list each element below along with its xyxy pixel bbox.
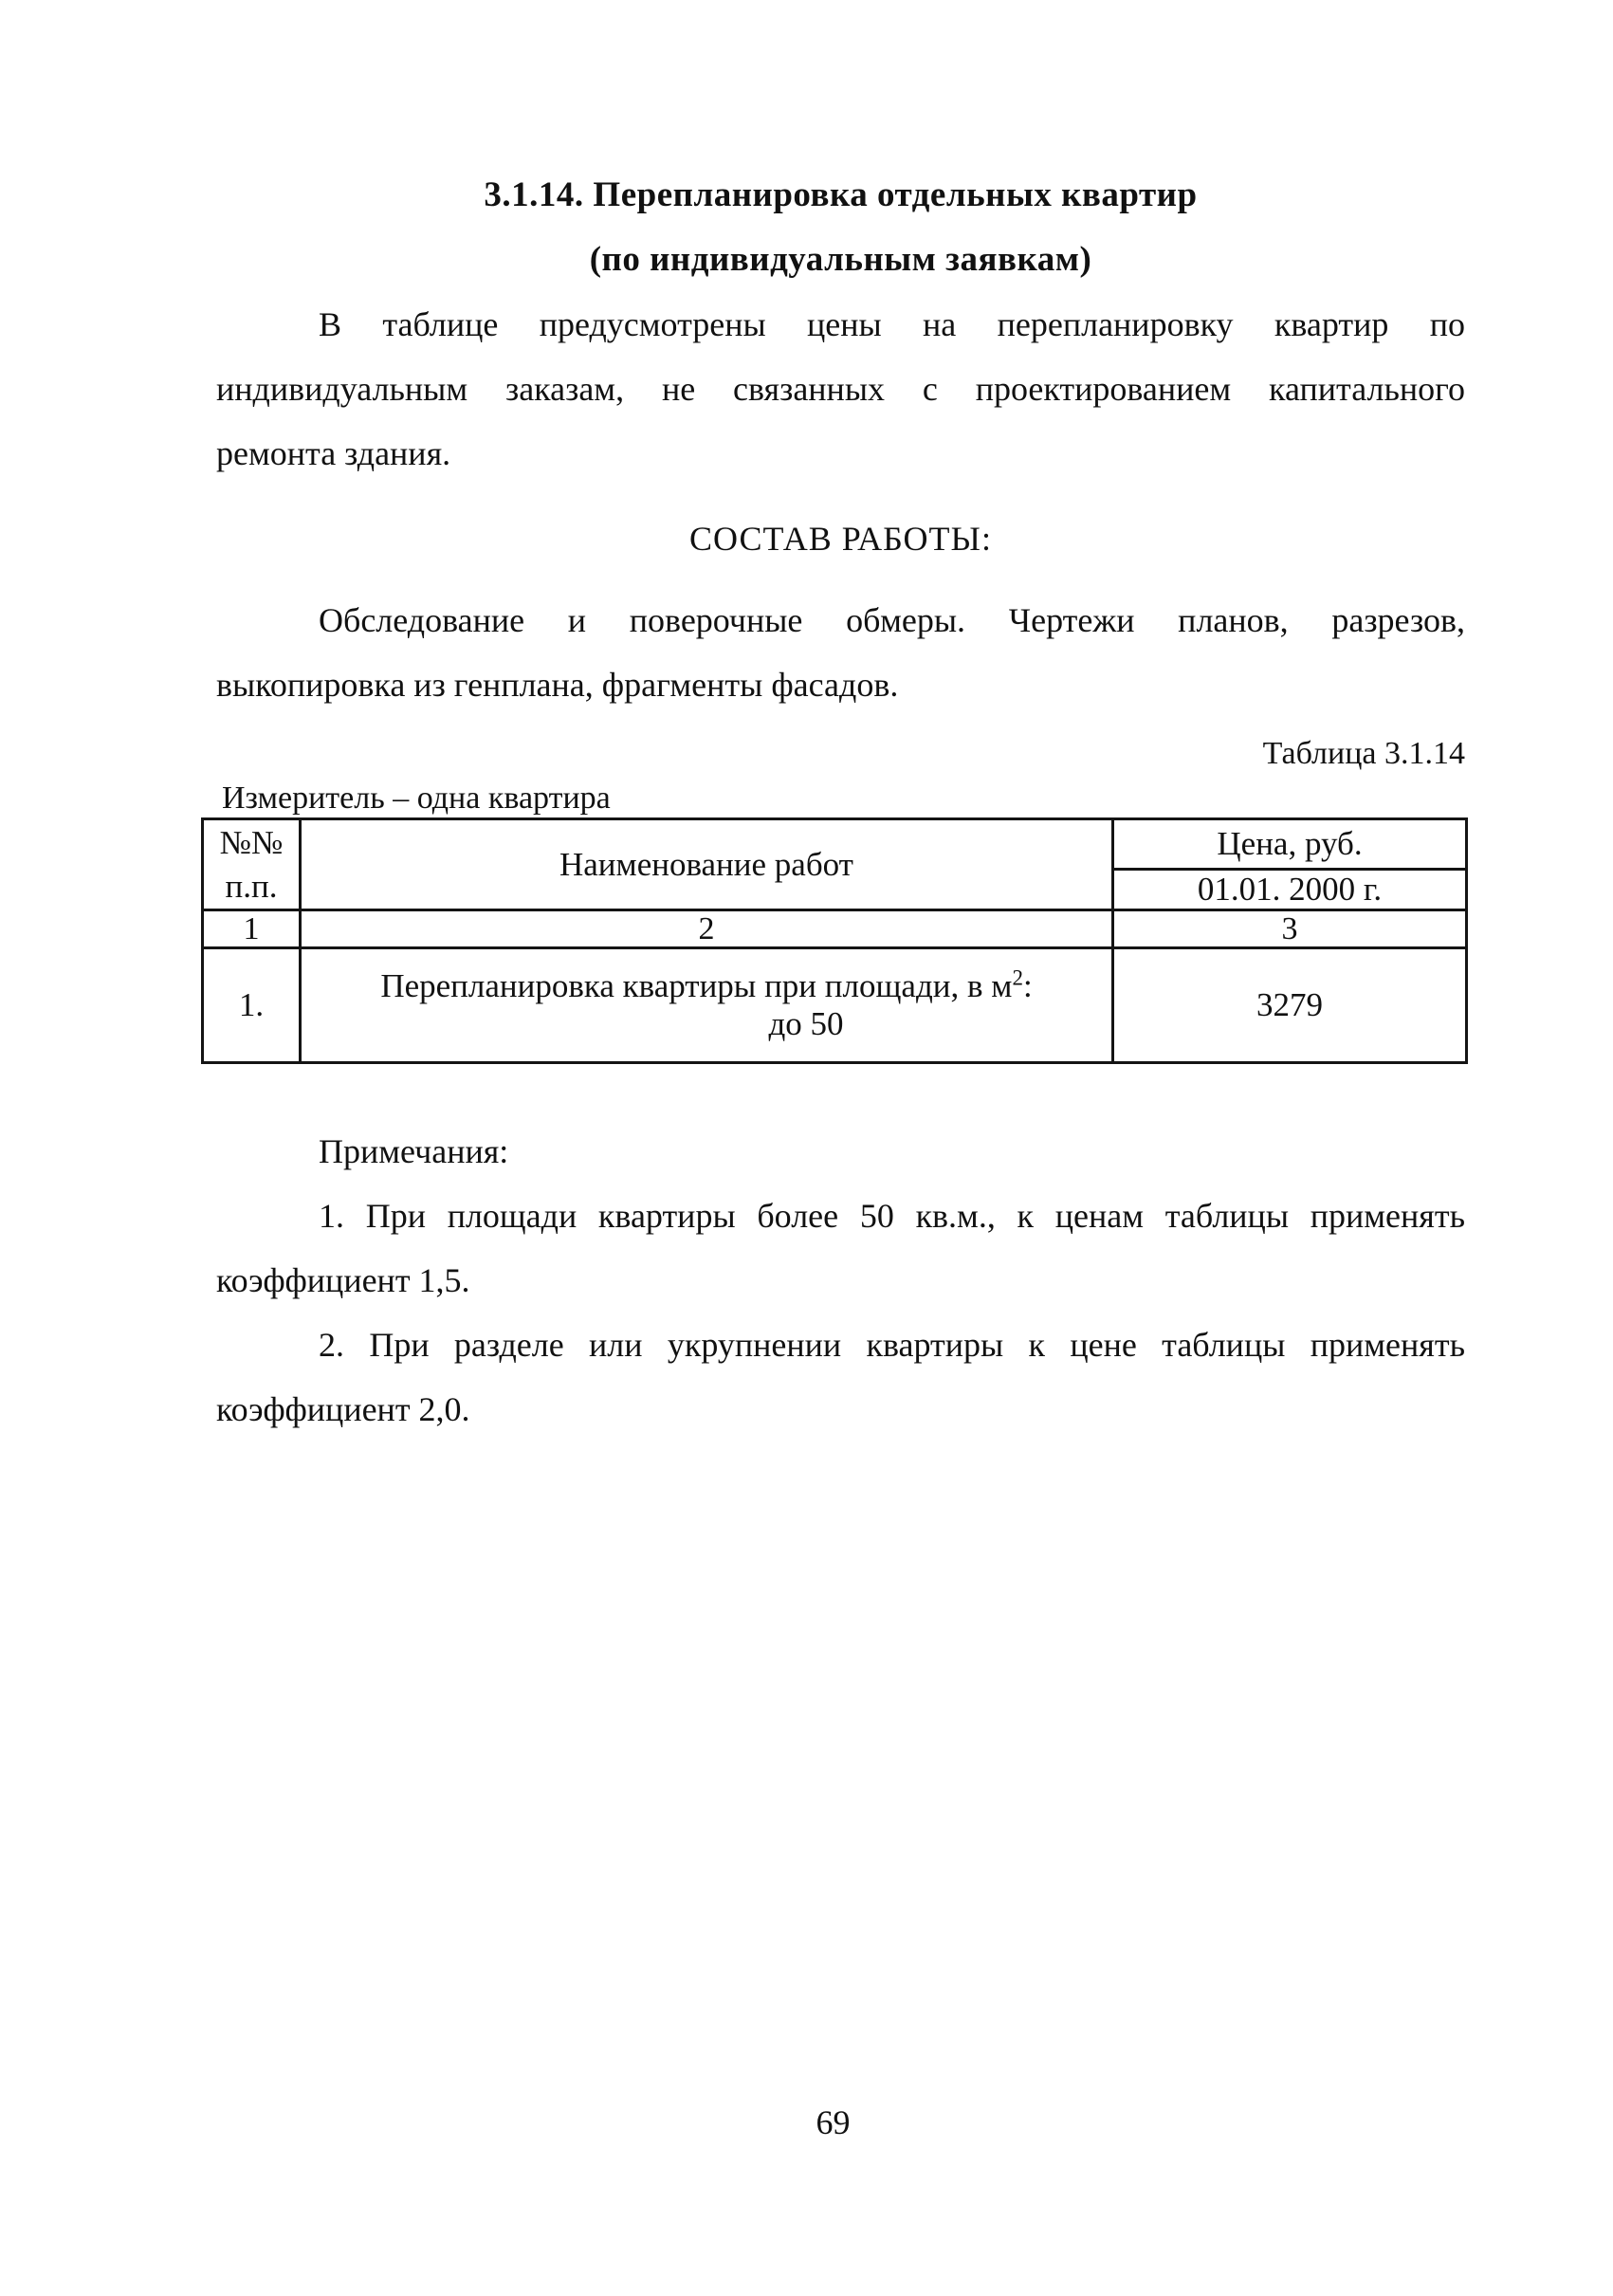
work-scope-heading: СОСТАВ РАБОТЫ: bbox=[216, 506, 1465, 571]
section-title-line1: 3.1.14. Перепланировка отдельных квартир bbox=[216, 163, 1465, 228]
table-header-row: №№ п.п. Наименование работ Цена, руб. bbox=[203, 819, 1467, 870]
row-work-cell: Перепланировка квартиры при площади, в м… bbox=[301, 948, 1113, 1063]
note-line: 2. При разделе или укрупнении квартиры к… bbox=[216, 1313, 1465, 1377]
intro-line: ремонта здания. bbox=[216, 421, 1465, 486]
note-line: 1. При площади квартиры более 50 кв.м., … bbox=[216, 1184, 1465, 1248]
table-measure-note: Измеритель – одна квартира bbox=[216, 780, 1465, 817]
document-content: 3.1.14. Перепланировка отдельных квартир… bbox=[0, 0, 1613, 1442]
header-cell-price-date: 01.01. 2000 г. bbox=[1113, 870, 1467, 910]
header-number-line1: №№ bbox=[204, 821, 299, 865]
note-item: 2. При разделе или укрупнении квартиры к… bbox=[216, 1313, 1465, 1442]
row-number-cell: 1. bbox=[203, 948, 301, 1063]
section-title: 3.1.14. Перепланировка отдельных квартир… bbox=[216, 163, 1465, 292]
header-cell-work-name: Наименование работ bbox=[301, 819, 1113, 910]
section-title-line2: (по индивидуальным заявкам) bbox=[216, 228, 1465, 292]
work-description-superscript: 2 bbox=[1012, 965, 1023, 989]
note-item: 1. При площади квартиры более 50 кв.м., … bbox=[216, 1184, 1465, 1313]
work-detail: до 50 bbox=[302, 1005, 1111, 1043]
column-number-row: 1 2 3 bbox=[203, 910, 1467, 948]
work-description-colon: : bbox=[1023, 967, 1033, 1004]
header-cell-number: №№ п.п. bbox=[203, 819, 301, 910]
header-cell-price: Цена, руб. bbox=[1113, 819, 1467, 870]
row-price-cell: 3279 bbox=[1113, 948, 1467, 1063]
intro-line: В таблице предусмотрены цены на переплан… bbox=[216, 292, 1465, 357]
notes-section: Примечания: 1. При площади квартиры боле… bbox=[216, 1119, 1465, 1442]
work-scope-line: выкопировка из генплана, фрагменты фасад… bbox=[216, 652, 1465, 717]
column-number-1: 1 bbox=[203, 910, 301, 948]
note-line: коэффициент 2,0. bbox=[216, 1377, 1465, 1442]
table-row: 1. Перепланировка квартиры при площади, … bbox=[203, 948, 1467, 1063]
work-description: Перепланировка квартиры при площади, в м… bbox=[302, 967, 1111, 1005]
table-caption: Таблица 3.1.14 bbox=[216, 734, 1465, 774]
notes-heading: Примечания: bbox=[216, 1119, 1465, 1184]
document-page: 3.1.14. Перепланировка отдельных квартир… bbox=[0, 0, 1613, 2296]
work-scope-line: Обследование и поверочные обмеры. Чертеж… bbox=[216, 588, 1465, 652]
column-number-3: 3 bbox=[1113, 910, 1467, 948]
price-table: №№ п.п. Наименование работ Цена, руб. 01… bbox=[201, 817, 1468, 1064]
page-number: 69 bbox=[27, 2103, 1613, 2141]
header-number-line2: п.п. bbox=[204, 865, 299, 909]
intro-line: индивидуальным заказам, не связанных с п… bbox=[216, 357, 1465, 421]
work-description-text: Перепланировка квартиры при площади, в м bbox=[380, 967, 1012, 1004]
note-line: коэффициент 1,5. bbox=[216, 1248, 1465, 1313]
column-number-2: 2 bbox=[301, 910, 1113, 948]
work-scope-paragraph: Обследование и поверочные обмеры. Чертеж… bbox=[216, 588, 1465, 717]
intro-paragraph: В таблице предусмотрены цены на переплан… bbox=[216, 292, 1465, 486]
